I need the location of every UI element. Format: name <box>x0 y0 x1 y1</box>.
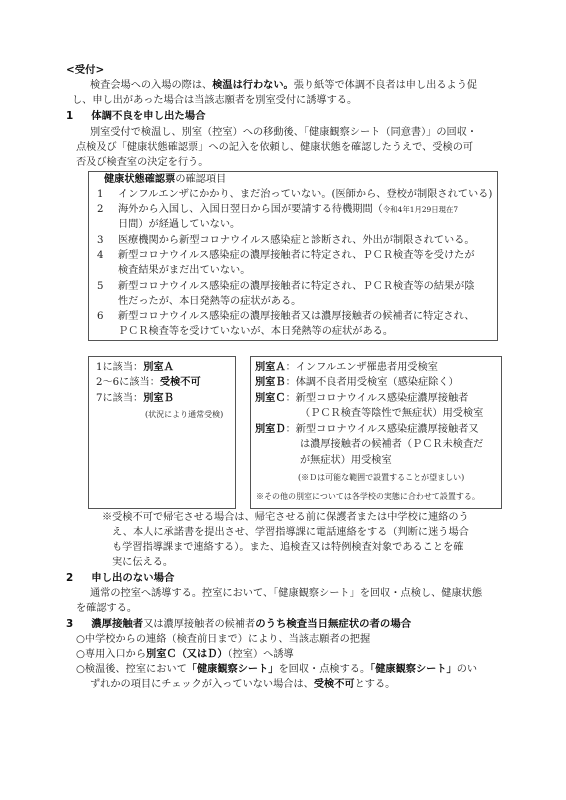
decision-result: 受検不可 <box>160 377 201 388</box>
checklist-item-text: 海外から入国し、入国日翌日から国が要請する待機期間（令和4年1月29日現在7 <box>118 202 458 217</box>
bullet-emphasis: 受検不可 <box>314 679 355 690</box>
section-title-bold: のうち検査当日無症状の者の場合 <box>255 618 411 630</box>
checklist-item-text: 日間）が経過していない。 <box>118 217 240 232</box>
checklist-item-text: インフルエンザにかかり、まだ治っていない。(医師から、登校が制限されている) <box>118 187 492 202</box>
separator: ： <box>286 393 296 404</box>
section-number: 2 <box>66 572 73 584</box>
decision-label: 7に該当： <box>96 393 143 404</box>
room-name: 別室Ｂ <box>255 377 286 388</box>
checklist-title: 健康状態確認票の確認項目 <box>104 172 226 187</box>
bullet-text: （控室）へ誘導 <box>228 649 294 660</box>
decision-result: 別室Ｂ <box>143 393 174 404</box>
separator: ： <box>286 424 296 435</box>
checklist-item-text: 新型コロナウイルス感染症の濃厚接触者に特定され、ＰＣＲ検査等を受けたが <box>118 248 475 263</box>
section-title: <受付> <box>66 63 104 78</box>
room-desc: 体調不良者用受検室（感染症除く） <box>296 377 459 388</box>
room-name: 別室Ａ <box>255 362 286 373</box>
section-3-heading: 3濃厚接触者又は濃厚接触者の候補者のうち検査当日無症状の者の場合 <box>66 617 411 632</box>
checklist-item-text: 性だったが、本日発熱等の症状がある。 <box>118 294 301 309</box>
intro-emphasis: 検温は行わない。 <box>212 80 294 91</box>
room-a: 別室Ａ：インフルエンザ罹患者用受検室 <box>255 360 438 375</box>
section-title-text: 体調不良を申し出た場合 <box>91 110 205 122</box>
decision-label: 1に該当： <box>96 362 143 373</box>
decision-result: 別室Ａ <box>143 362 174 373</box>
room-name: 別室Ｄ <box>255 424 286 435</box>
notice-line-3: も学習指導課まで連絡する）。また、追検査又は特例検査対象であることを確 <box>112 540 463 555</box>
notice-line-2: え、本人に承諾書を提出させ、学習指導課に電話連絡をする（判断に迷う場合 <box>112 525 469 540</box>
bullet-emphasis: 「健康観察シート」 <box>187 664 279 675</box>
bullet-text: のい <box>457 664 477 675</box>
bullet-emphasis: 別室Ｃ（又はＤ） <box>146 649 228 660</box>
section-title-bold: 濃厚接触者 <box>91 618 143 630</box>
room-c-desc-2: （ＰＣＲ検査等陰性で無症状）用受検室 <box>300 406 483 421</box>
checklist-item-text: 医療機関から新型コロナウイルス感染症と診断され、外出が制限されている。 <box>118 233 475 248</box>
bullet-emphasis: 「健康観察シート」 <box>370 664 457 675</box>
checklist-title-rest: の確認項目 <box>175 174 226 185</box>
checklist-item-number: 3 <box>97 233 103 248</box>
section-1-paragraph-2: 点検及び「健康状態確認票」への記入を依頼し、健康状態を確認したうえで、受検の可 <box>76 140 473 155</box>
bullet-text: ○専用入口から <box>76 649 146 660</box>
checklist-item-number: 5 <box>97 279 103 294</box>
section-3-bullet-3: ○検温後、控室において「健康観察シート」を回収・点検する。「健康観察シート」のい <box>76 662 477 677</box>
checklist-item-text: 新型コロナウイルス感染症の濃厚接触者又は濃厚接触者の候補者に特定され、 <box>118 309 475 324</box>
room-d-note: (※Ｄは可能な範囲で設置することが望ましい) <box>298 470 464 485</box>
intro-text: 検査会場への入場の際は、 <box>90 80 212 91</box>
decision-row: 2～6に該当：受検不可 <box>96 375 201 390</box>
intro-text: 張り紙等で体調不良者は申し出るよう促 <box>294 80 477 91</box>
section-1-paragraph-1: 別室受付で検温し、別室（控室）への移動後、「健康観察シート（同意書）」の回収・ <box>90 125 477 140</box>
section-number: 1 <box>66 110 73 122</box>
section-title-text: 申し出のない場合 <box>91 572 174 584</box>
section-2-heading: 2申し出のない場合 <box>66 571 174 586</box>
room-c: 別室Ｃ：新型コロナウイルス感染症濃厚接触者 <box>255 391 468 406</box>
section-3-bullet-2: ○専用入口から別室Ｃ（又はＤ）（控室）へ誘導 <box>76 647 294 662</box>
section-3-bullet-3-cont: ずれかの項目にチェックが入っていない場合は、受検不可とする。 <box>90 677 395 692</box>
section-2-paragraph-2: を確認する。 <box>76 601 137 616</box>
decision-row: 7に該当：別室Ｂ <box>96 391 174 406</box>
room-desc: 新型コロナウイルス感染症濃厚接触者 <box>296 393 469 404</box>
checklist-title-bold: 健康状態確認票 <box>104 174 175 185</box>
room-b: 別室Ｂ：体調不良者用受検室（感染症除く） <box>255 375 459 390</box>
notice-line-4: 実に伝える。 <box>112 555 173 570</box>
decision-row: 1に該当：別室Ａ <box>96 360 174 375</box>
room-d-desc-2: は濃厚接触者の候補者（ＰＣＲ未検査だ <box>300 437 483 452</box>
checklist-item-text: ＰＣＲ検査等を受けていないが、本日発熱等の症状がある。 <box>118 324 393 339</box>
section-2-paragraph-1: 通常の控室へ誘導する。控室において、「健康観察シート」を回収・点検し、健康状態 <box>90 586 482 601</box>
checklist-item-text-part: 海外から入国し、入国日翌日から国が要請する待機期間（ <box>118 204 383 215</box>
decision-note: (状況により通常受検) <box>145 407 223 422</box>
checklist-item-number: 2 <box>97 202 103 217</box>
bullet-text: ずれかの項目にチェックが入っていない場合は、 <box>90 679 314 690</box>
separator: ： <box>286 362 296 373</box>
checklist-item-text: 検査結果がまだ出ていない。 <box>118 263 250 278</box>
section-1-paragraph-3: 否及び検査室の決定を行う。 <box>76 155 208 170</box>
intro-line-2: し、申し出があった場合は当該志願者を別室受付に誘導する。 <box>72 93 357 108</box>
separator: ： <box>286 377 296 388</box>
room-desc: 新型コロナウイルス感染症濃厚接触者又 <box>296 424 479 435</box>
section-1-heading: 1体調不良を申し出た場合 <box>66 109 206 124</box>
room-d: 別室Ｄ：新型コロナウイルス感染症濃厚接触者又 <box>255 422 479 437</box>
bullet-text: とする。 <box>355 679 396 690</box>
bullet-text: ○検温後、控室において <box>76 664 187 675</box>
checklist-item-number: 1 <box>97 187 103 202</box>
rooms-other-note: ※その他の別室については各学校の実態に合わせて設置する。 <box>256 489 480 504</box>
checklist-item-text: 新型コロナウイルス感染症の濃厚接触者に特定され、ＰＣＲ検査等の結果が陰 <box>118 279 475 294</box>
room-d-desc-3: が無症状）用受検室 <box>300 453 392 468</box>
section-3-bullet-1: ○中学校からの連絡（検査前日まで）により、当該志願者の把握 <box>76 632 370 647</box>
checklist-item-note: 令和4年1月29日現在7 <box>383 205 458 214</box>
section-title-normal: 又は濃厚接触者の候補者 <box>143 619 255 630</box>
bullet-text: を回収・点検する。 <box>278 664 370 675</box>
checklist-item-number: 6 <box>97 309 103 324</box>
section-number: 3 <box>66 618 73 630</box>
decision-label: 2～6に該当： <box>96 377 160 388</box>
room-desc: インフルエンザ罹患者用受検室 <box>296 362 438 373</box>
room-name: 別室Ｃ <box>255 393 286 404</box>
intro-line-1: 検査会場への入場の際は、検温は行わない。張り紙等で体調不良者は申し出るよう促 <box>90 78 477 93</box>
notice-line-1: ※受検不可で帰宅させる場合は、帰宅させる前に保護者または中学校に連絡のう <box>102 510 469 525</box>
checklist-item-number: 4 <box>97 248 103 263</box>
